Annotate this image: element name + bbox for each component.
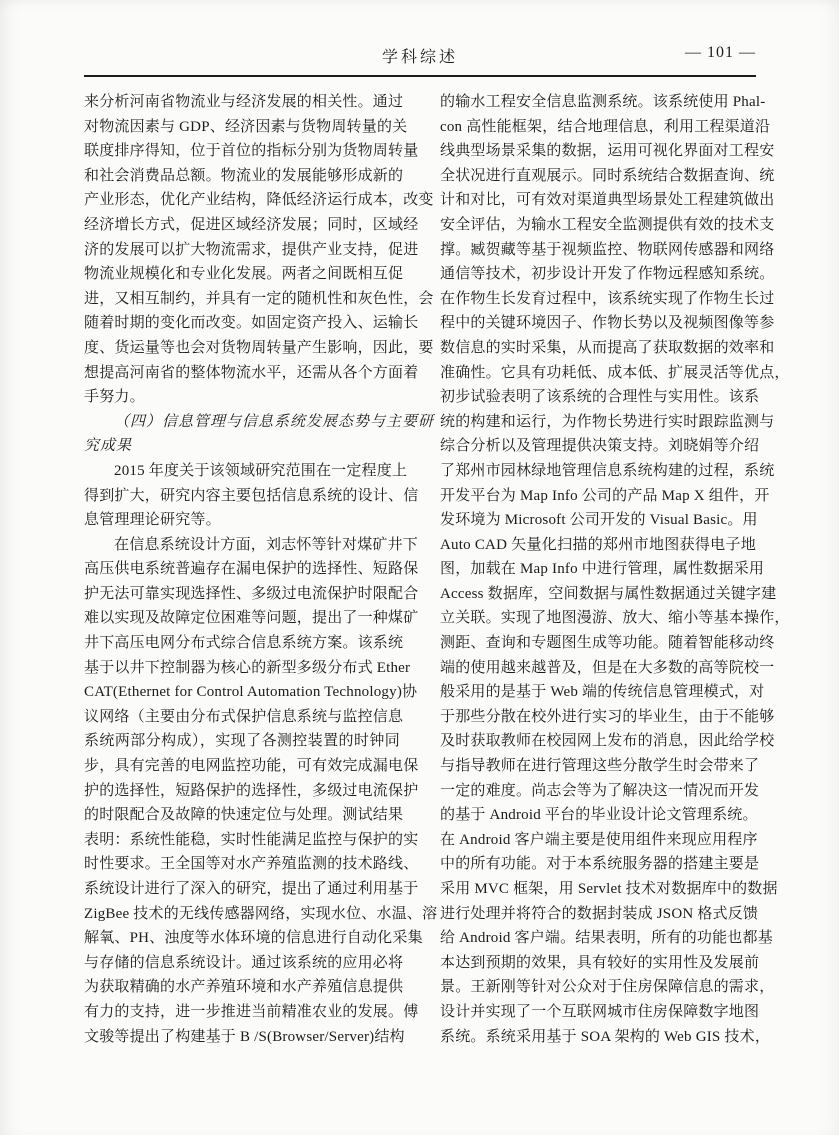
page-number: — 101 — bbox=[685, 44, 756, 62]
text-line: 测距、查询和专题图生成等功能。随着智能移动终 bbox=[440, 631, 756, 656]
text-line: 进行处理并将符合的数据封装成 JSON 格式反馈 bbox=[440, 902, 756, 927]
text-line: 立关联。实现了地图漫游、放大、缩小等基本操作， bbox=[440, 606, 756, 631]
text-line: 及时获取教师在校园网上发布的消息，因此给学校 bbox=[440, 729, 756, 754]
text-line: 的输水工程安全信息监测系统。该系统使用 Phal- bbox=[440, 90, 756, 115]
text-line: 全状况进行直观展示。同时系统结合数据查询、统 bbox=[440, 164, 756, 189]
text-line: 进，又相互制约，并具有一定的随机性和灰色性，会 bbox=[84, 287, 400, 312]
text-line: 系统。系统采用基于 SOA 架构的 Web GIS 技术， bbox=[440, 1025, 756, 1050]
text-line: 表明：系统性能稳，实时性能满足监控与保护的实 bbox=[84, 828, 400, 853]
text-line: 基于以井下控制器为核心的新型多级分布式 Ether bbox=[84, 656, 400, 681]
text-line: 中的所有功能。对于本系统服务器的搭建主要是 bbox=[440, 852, 756, 877]
text-line: 线典型场景采集的数据，运用可视化界面对工程安 bbox=[440, 139, 756, 164]
text-line: （四）信息管理与信息系统发展态势与主要研 bbox=[84, 410, 400, 435]
text-line: 随着时期的变化而改变。如固定资产投入、运输长 bbox=[84, 311, 400, 336]
text-line: 对物流因素与 GDP、经济因素与货物周转量的关 bbox=[84, 115, 400, 140]
text-line: 济的发展可以扩大物流需求，提供产业支持，促进 bbox=[84, 238, 400, 263]
text-line: 究成果 bbox=[84, 434, 400, 459]
text-line: 息管理理论研究等。 bbox=[84, 508, 400, 533]
text-line: 准确性。它具有功耗低、成本低、扩展灵活等优点， bbox=[440, 361, 756, 386]
text-line: 与存储的信息系统设计。通过该系统的应用必将 bbox=[84, 951, 400, 976]
text-line: 为获取精确的水产养殖环境和水产养殖信息提供 bbox=[84, 975, 400, 1000]
text-line: 想提高河南省的整体物流水平，还需从各个方面着 bbox=[84, 361, 400, 386]
text-line: 了郑州市园林绿地管理信息系统构建的过程，系统 bbox=[440, 459, 756, 484]
text-line: 图，加载在 Map Info 中进行管理，属性数据采用 bbox=[440, 557, 756, 582]
text-line: Auto CAD 矢量化扫描的郑州市地图获得电子地 bbox=[440, 533, 756, 558]
text-line: 采用 MVC 框架，用 Servlet 技术对数据库中的数据 bbox=[440, 877, 756, 902]
text-line: 和社会消费品总额。物流业的发展能够形成新的 bbox=[84, 164, 400, 189]
text-line: 撑。臧贺藏等基于视频监控、物联网传感器和网络 bbox=[440, 238, 756, 263]
text-line: 度、货运量等也会对货物周转量产生影响，因此，要 bbox=[84, 336, 400, 361]
two-column-body: 来分析河南省物流业与经济发展的相关性。通过对物流因素与 GDP、经济因素与货物周… bbox=[84, 90, 756, 1049]
text-line: 综合分析以及管理提供决策支持。刘晓娟等介绍 bbox=[440, 434, 756, 459]
text-line: 议网络（主要由分布式保护信息系统与监控信息 bbox=[84, 705, 400, 730]
text-line: 端的使用越来越普及，但是在大多数的高等院校一 bbox=[440, 656, 756, 681]
page-content: 学科综述 — 101 — 来分析河南省物流业与经济发展的相关性。通过对物流因素与… bbox=[84, 44, 756, 1049]
column-right: 的输水工程安全信息监测系统。该系统使用 Phal-con 高性能框架，结合地理信… bbox=[440, 90, 756, 1049]
document-page: 学科综述 — 101 — 来分析河南省物流业与经济发展的相关性。通过对物流因素与… bbox=[0, 0, 839, 1135]
text-line: 开发平台为 Map Info 公司的产品 Map X 组件，开 bbox=[440, 484, 756, 509]
text-line: 高压供电系统普遍存在漏电保护的选择性、短路保 bbox=[84, 557, 400, 582]
text-line: 在 Android 客户端主要是使用组件来现应用程序 bbox=[440, 828, 756, 853]
text-line: 发环境为 Microsoft 公司开发的 Visual Basic。用 bbox=[440, 508, 756, 533]
text-line: 的时限配合及故障的快速定位与处理。测试结果 bbox=[84, 803, 400, 828]
text-line: 有力的支持，进一步推进当前精准农业的发展。傅 bbox=[84, 1000, 400, 1025]
text-line: 系统两部分构成），实现了各测控装置的时钟同 bbox=[84, 729, 400, 754]
page-title: 学科综述 bbox=[84, 44, 756, 67]
text-line: 联度排序得知，位于首位的指标分别为货物周转量 bbox=[84, 139, 400, 164]
text-line: 本达到预期的效果，具有较好的实用性及发展前 bbox=[440, 951, 756, 976]
text-line: 系统设计进行了深入的研究，提出了通过利用基于 bbox=[84, 877, 400, 902]
text-line: 数信息的实时采集，从而提高了获取数据的效率和 bbox=[440, 336, 756, 361]
text-line: 在信息系统设计方面，刘志怀等针对煤矿井下 bbox=[84, 533, 400, 558]
text-line: 护无法可靠实现选择性、多级过电流保护时限配合 bbox=[84, 582, 400, 607]
text-line: 景。王新刚等针对公众对于住房保障信息的需求， bbox=[440, 975, 756, 1000]
text-line: 解氧、PH、浊度等水体环境的信息进行自动化采集 bbox=[84, 926, 400, 951]
text-line: 一定的难度。尚志会等为了解决这一情况而开发 bbox=[440, 779, 756, 804]
column-left: 来分析河南省物流业与经济发展的相关性。通过对物流因素与 GDP、经济因素与货物周… bbox=[84, 90, 400, 1049]
text-line: 安全评估，为输水工程安全监测提供有效的技术支 bbox=[440, 213, 756, 238]
text-line: Access 数据库，空间数据与属性数据通过关键字建 bbox=[440, 582, 756, 607]
text-line: 于那些分散在校外进行实习的毕业生，由于不能够 bbox=[440, 705, 756, 730]
text-line: 统的构建和运行，为作物长势进行实时跟踪监测与 bbox=[440, 410, 756, 435]
text-line: 来分析河南省物流业与经济发展的相关性。通过 bbox=[84, 90, 400, 115]
text-line: con 高性能框架，结合地理信息，利用工程渠道沿 bbox=[440, 115, 756, 140]
text-line: 步，具有完善的电网监控功能，可有效完成漏电保 bbox=[84, 754, 400, 779]
text-line: 般采用的是基于 Web 端的传统信息管理模式，对 bbox=[440, 680, 756, 705]
text-line: 文骏等提出了构建基于 B /S(Browser/Server)结构 bbox=[84, 1025, 400, 1050]
text-line: 护的选择性，短路保护的选择性，多级过电流保护 bbox=[84, 779, 400, 804]
text-line: 初步试验表明了该系统的合理性与实用性。该系 bbox=[440, 385, 756, 410]
text-line: 在作物生长发育过程中，该系统实现了作物生长过 bbox=[440, 287, 756, 312]
text-line: 给 Android 客户端。结果表明，所有的功能也都基 bbox=[440, 926, 756, 951]
text-line: 通信等技术，初步设计开发了作物远程感知系统。 bbox=[440, 262, 756, 287]
text-line: 时性要求。王全国等对水产养殖监测的技术路线、 bbox=[84, 852, 400, 877]
text-line: 2015 年度关于该领域研究范围在一定程度上 bbox=[84, 459, 400, 484]
text-line: 手努力。 bbox=[84, 385, 400, 410]
text-line: CAT(Ethernet for Control Automation Tech… bbox=[84, 680, 400, 705]
text-line: 程中的关键环境因子、作物长势以及视频图像等参 bbox=[440, 311, 756, 336]
text-line: 井下高压电网分布式综合信息系统方案。该系统 bbox=[84, 631, 400, 656]
text-line: 得到扩大，研究内容主要包括信息系统的设计、信 bbox=[84, 484, 400, 509]
text-line: 与指导教师在进行管理这些分散学生时会带来了 bbox=[440, 754, 756, 779]
text-line: 产业形态，优化产业结构，降低经济运行成本，改变 bbox=[84, 188, 400, 213]
text-line: 经济增长方式，促进区域经济发展；同时，区域经 bbox=[84, 213, 400, 238]
text-line: 难以实现及故障定位困难等问题，提出了一种煤矿 bbox=[84, 606, 400, 631]
running-header: 学科综述 — 101 — bbox=[84, 44, 756, 68]
text-line: 的基于 Android 平台的毕业设计论文管理系统。 bbox=[440, 803, 756, 828]
text-line: 设计并实现了一个互联网城市住房保障数字地图 bbox=[440, 1000, 756, 1025]
text-line: 计和对比，可有效对渠道典型场景处工程建筑做出 bbox=[440, 188, 756, 213]
text-line: ZigBee 技术的无线传感器网络，实现水位、水温、溶 bbox=[84, 902, 400, 927]
text-line: 物流业规模化和专业化发展。两者之间既相互促 bbox=[84, 262, 400, 287]
header-rule bbox=[84, 75, 756, 77]
